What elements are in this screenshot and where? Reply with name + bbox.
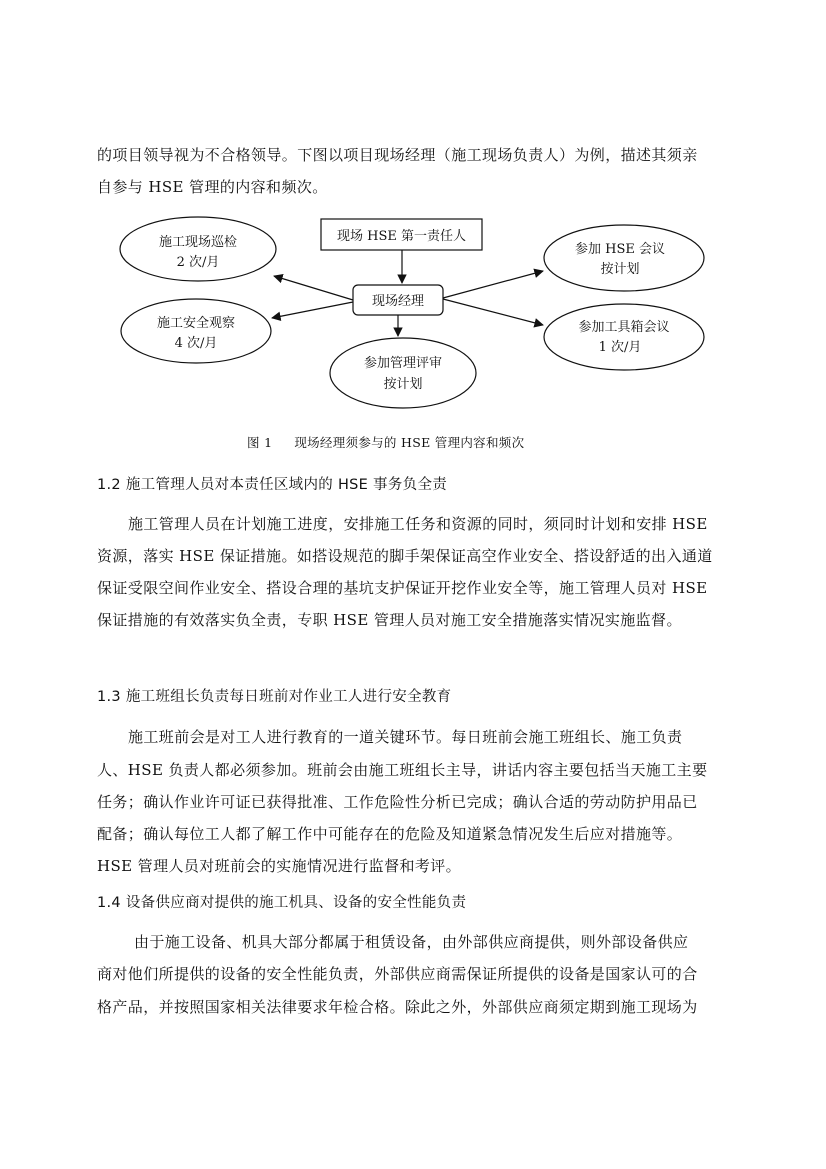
svg-text:参加工具箱会议: 参加工具箱会议: [578, 319, 669, 335]
paragraph-line: 保证措施的有效落实负全责，专职 HSE 管理人员对施工安全措施落实情况实施监督。: [97, 610, 682, 630]
svg-text:施工安全观察: 施工安全观察: [157, 315, 235, 331]
section-heading-1-2: 1.2 施工管理人员对本责任区域内的 HSE 事务负全责: [97, 475, 447, 495]
svg-text:4 次/月: 4 次/月: [175, 335, 218, 351]
figure-caption: 图 1现场经理须参与的 HSE 管理内容和频次: [247, 434, 524, 452]
svg-text:按计划: 按计划: [383, 376, 422, 392]
svg-text:1 次/月: 1 次/月: [599, 339, 642, 355]
paragraph-line: 由于施工设备、机具大部分都属于租赁设备，由外部供应商提供，则外部设备供应: [134, 932, 688, 952]
section-heading-1-4: 1.4 设备供应商对提供的施工机具、设备的安全性能负责: [97, 893, 466, 913]
node-management-review: 参加管理评审 按计划: [330, 338, 476, 408]
paragraph-line: 保证受限空间作业安全、搭设合理的基坑支护保证开挖作业安全等，施工管理人员对 HS…: [97, 578, 707, 598]
section-heading-1-3: 1.3 施工班组长负责每日班前对作业工人进行安全教育: [97, 687, 451, 707]
center-box-label: 现场经理: [372, 293, 424, 309]
node-hse-meeting: 参加 HSE 会议 按计划: [544, 225, 704, 291]
paragraph-line: HSE 管理人员对班前会的实施情况进行监督和考评。: [97, 856, 461, 876]
arrow-left-up-icon: [274, 276, 353, 300]
svg-text:按计划: 按计划: [600, 261, 639, 277]
svg-text:参加管理评审: 参加管理评审: [364, 355, 442, 371]
node-toolbox-meeting: 参加工具箱会议 1 次/月: [544, 304, 704, 370]
hse-responsibility-diagram: 现场 HSE 第一责任人 现场经理 施工现场巡检 2 次/月 施工安全观察 4 …: [0, 0, 826, 430]
svg-text:参加 HSE 会议: 参加 HSE 会议: [575, 241, 665, 257]
node-site-patrol: 施工现场巡检 2 次/月: [120, 217, 276, 281]
center-box-site-manager: 现场经理: [353, 285, 443, 315]
paragraph-line: 格产品，并按照国家相关法律要求年检合格。除此之外，外部供应商须定期到施工现场为: [97, 997, 698, 1017]
node-safety-observation: 施工安全观察 4 次/月: [121, 299, 271, 363]
paragraph-line: 人、HSE 负责人都必须参加。班前会由施工班组长主导，讲话内容主要包括当天施工主…: [97, 760, 707, 780]
top-box-hse-first-responsible: 现场 HSE 第一责任人: [321, 219, 482, 250]
paragraph-line: 资源，落实 HSE 保证措施。如搭设规范的脚手架保证高空作业安全、搭设舒适的出入…: [97, 546, 713, 566]
arrow-left-down-icon: [272, 302, 353, 318]
top-box-label: 现场 HSE 第一责任人: [337, 228, 466, 244]
paragraph-line: 施工班前会是对工人进行教育的一道关键环节。每日班前会施工班组长、施工负责: [128, 727, 682, 747]
paragraph-line: 任务；确认作业许可证已获得批准、工作危险性分析已完成；确认合适的劳动防护用品已: [97, 792, 698, 812]
arrow-right-down-icon: [443, 299, 543, 325]
arrow-right-up-icon: [443, 271, 543, 298]
paragraph-line: 施工管理人员在计划施工进度，安排施工任务和资源的同时，须同时计划和安排 HSE: [128, 514, 708, 534]
paragraph-line: 配备；确认每位工人都了解工作中可能存在的危险及知道紧急情况发生后应对措施等。: [97, 824, 682, 844]
svg-text:施工现场巡检: 施工现场巡检: [159, 234, 237, 250]
document-page: 的项目领导视为不合格领导。下图以项目现场经理（施工现场负责人）为例，描述其须亲 …: [0, 0, 826, 1169]
paragraph-line: 商对他们所提供的设备的安全性能负责，外部供应商需保证所提供的设备是国家认可的合: [97, 964, 698, 984]
figure-number: 图 1: [247, 435, 272, 450]
svg-text:2 次/月: 2 次/月: [177, 254, 220, 270]
figure-caption-text: 现场经理须参与的 HSE 管理内容和频次: [294, 435, 524, 450]
